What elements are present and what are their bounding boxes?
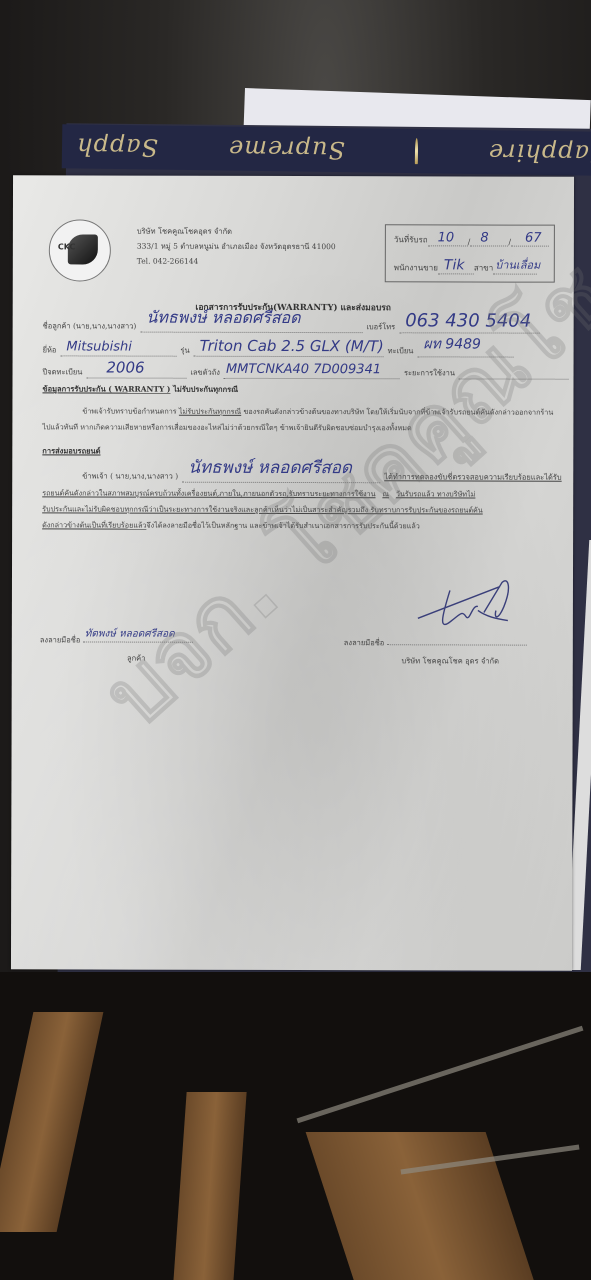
- brand-value: Mitsubishi: [66, 339, 131, 354]
- company-address: 333/1 หมู่ 5 ตำบลหนูม่น อำเภอเมือง จังหว…: [137, 239, 336, 255]
- delivery-heading-text: การส่งมอบรถยนต์: [42, 446, 100, 455]
- person-leg-left: [0, 1012, 103, 1232]
- salesperson-value: Tik: [444, 257, 465, 273]
- delivery-section-heading: การส่งมอบรถยนต์: [42, 445, 100, 457]
- reg-year-label: ปีจดทะเบียน: [43, 366, 83, 378]
- company-sign-label: ลงลายมือชื่อ: [344, 638, 385, 647]
- logo-text: CKC: [58, 242, 76, 251]
- warranty-heading-suffix: ไม่รับประกันทุกกรณี: [173, 385, 238, 394]
- company-name: บริษัท โชคคูณโชคอุดร จำกัด: [137, 224, 336, 240]
- crown-emblem-icon: [415, 138, 418, 164]
- company-signature-scribble: [412, 576, 522, 636]
- company-info: บริษัท โชคคูณโชคอุดร จำกัด 333/1 หมู่ 5 …: [137, 224, 336, 270]
- customer-label: ชื่อลูกค้า (นาย,นาง,นางสาว): [43, 320, 137, 332]
- chassis-value: MMTCNKA40 7D009341: [226, 362, 381, 377]
- phone-label: เบอร์โทร: [366, 321, 395, 333]
- receipt-month: 8: [480, 230, 488, 245]
- person-leg-right: [306, 1132, 535, 1280]
- person-leg-center: [173, 1092, 246, 1280]
- customer-value: นัทธพงษ์ หลอดศรีสอด: [146, 306, 300, 331]
- warranty-document: CKC บริษัท โชคคูณโชคอุดร จำกัด 333/1 หมู…: [11, 175, 574, 970]
- company-logo: CKC: [49, 219, 111, 281]
- company-signature-block: ลงลายมือชื่อ บริษัท โชคคูณโชค อุดร จำกัด: [344, 632, 527, 667]
- folder-brand-band: Sapph Supreme Sapphire: [62, 124, 591, 176]
- company-caption: บริษัท โชคคูณโชค อุดร จำกัด: [374, 655, 527, 667]
- chassis-label: เลขตัวถัง: [190, 367, 220, 379]
- warranty-section-heading: ข้อมูลการรับประกัน ( WARRANTY ) ไม่รับปร…: [42, 383, 238, 396]
- delivery-prefix: ข้าพเจ้า ( นาย,นาง,นางสาว ): [82, 470, 178, 482]
- company-phone: Tel. 042-266144: [137, 254, 336, 270]
- model-label: รุ่น: [180, 345, 189, 357]
- brand-label: ยี่ห้อ: [43, 344, 57, 356]
- receipt-date-label: วันที่รับรถ: [394, 233, 428, 246]
- reg-year-value: 2006: [106, 359, 144, 377]
- delivery-line4-underlined: ดังกล่าวข้างต้นเป็นที่เรียบร้อยแล้ว: [42, 520, 146, 529]
- floor-background: [0, 972, 591, 1280]
- branch-label: สาขา: [474, 261, 493, 274]
- customer-sign-label: ลงลายมือชื่อ: [40, 635, 81, 644]
- folder-brand-center: Supreme: [228, 135, 345, 165]
- folder-brand-left: Sapph: [76, 132, 158, 161]
- salesperson-label: พนักงานขาย: [394, 261, 438, 274]
- no-warranty-emphasis: ไม่รับประกันทุกกรณี: [179, 407, 241, 416]
- warranty-heading-text: ข้อมูลการรับประกัน ( WARRANTY ): [42, 384, 170, 393]
- model-value: Triton Cab 2.5 GLX (M/T): [200, 337, 384, 355]
- floor-stripe: [297, 1026, 584, 1123]
- warranty-text-prefix: ข้าพเจ้ารับทราบข้อกำหนดการ: [82, 406, 176, 415]
- folder-brand-right: Sapphire: [487, 138, 591, 168]
- receipt-day: 10: [438, 230, 455, 245]
